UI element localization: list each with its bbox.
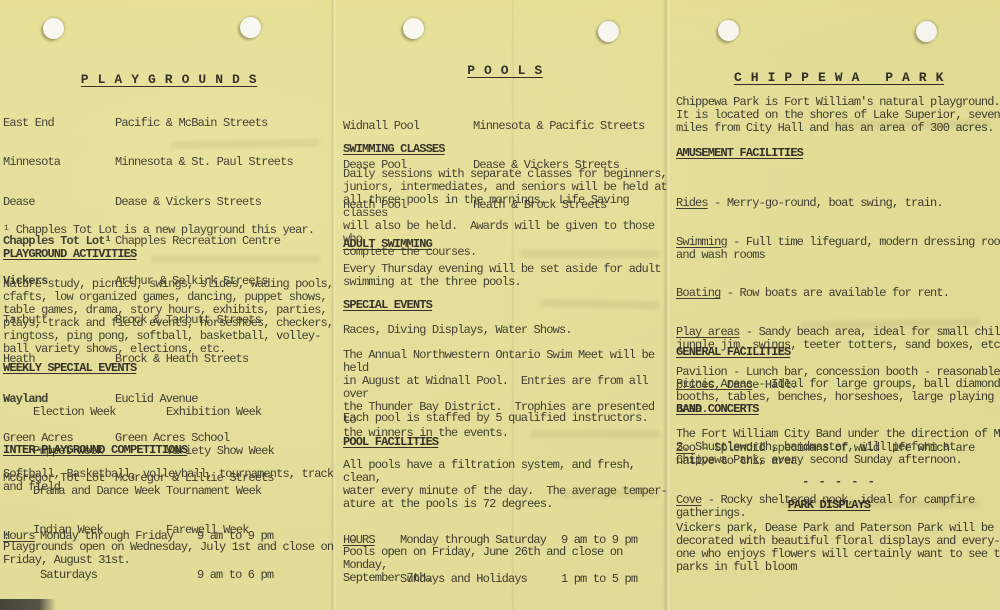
heading-pool-facilities: POOL FACILITIES <box>343 436 670 449</box>
hours-row: Saturdays 9 am to 6 pm <box>3 569 335 582</box>
pool-staff-text: Each pool is staffed by 5 qualified inst… <box>343 412 670 425</box>
facility-term: Boating <box>676 286 720 300</box>
chippewa-intro-text: Chippewa Park is Fort William's natural … <box>676 96 1000 135</box>
playground-name: East End <box>3 117 54 130</box>
list-item: DeaseDease & Vickers Streets <box>3 196 335 209</box>
list-item: Election WeekExhibition Week <box>3 406 335 419</box>
playgrounds-season-text: Playgrounds open on Wednesday, July 1st … <box>3 541 335 567</box>
facility-description: - Row boats are available for rent. <box>720 286 949 300</box>
list-item: Rides - Merry-go-round, boat swing, trai… <box>676 197 1000 210</box>
pools-season-text: Pools open on Friday, June 26th and clos… <box>343 546 670 585</box>
panel-chippewa: C H I P P E W A P A R K Chippewa Park is… <box>674 0 1000 610</box>
heading-park-displays: PARK DISPLAYS <box>674 499 984 512</box>
special-events-text: Races, Diving Displays, Water Shows. <box>343 324 670 337</box>
list-item: Swimming - Full time lifeguard, modern d… <box>676 236 1000 262</box>
list-item: MinnesotaMinnesota & St. Paul Streets <box>3 156 335 169</box>
heading-playground-activities: PLAYGROUND ACTIVITIES <box>3 248 335 261</box>
competitions-text: Softball, Basketball, volleyball, tourna… <box>3 468 335 494</box>
facility-description: - Merry-go-round, boat swing, train. <box>708 196 943 210</box>
panel-pools: P O O L S Widnall PoolMinnesota & Pacifi… <box>340 0 670 610</box>
heading-special-events: SPECIAL EVENTS <box>343 299 670 312</box>
week-name: Exhibition Week <box>166 406 261 419</box>
heading-inter-playground-competitions: INTER-PLAYGROUND COMPETITIONS <box>3 444 335 457</box>
week-name: Election Week <box>33 406 116 419</box>
playground-location: Dease & Vickers Streets <box>115 196 261 209</box>
list-item: Widnall PoolMinnesota & Pacific Streets <box>343 120 670 133</box>
panel-playgrounds: P L A Y G R O U N D S East EndPacific & … <box>3 0 335 610</box>
pool-facilities-text: All pools have a filtration system, and … <box>343 459 670 511</box>
hours-days: Saturdays <box>40 569 97 582</box>
heading-adult-swimming: ADULT SWIMMING <box>343 238 670 251</box>
park-displays-text: Vickers park, Dease Park and Paterson Pa… <box>676 522 1000 574</box>
general-facilities-text: Pavilion - Lunch bar, concession booth -… <box>676 366 1000 392</box>
playgrounds-title: P L A Y G R O U N D S <box>3 73 335 86</box>
heading-general-facilities: GENERAL FACILITIES <box>676 346 1000 359</box>
playgrounds-footnote: ¹ Chapples Tot Lot is a new playground t… <box>3 224 335 237</box>
chippewa-title: C H I P P E W A P A R K <box>674 71 1000 84</box>
heading-weekly-special-events: WEEKLY SPECIAL EVENTS <box>3 362 335 375</box>
section-separator: - - - - - <box>674 476 1000 489</box>
playground-name: Dease <box>3 196 35 209</box>
heading-amusement-facilities: AMUSEMENT FACILITIES <box>676 147 1000 160</box>
playground-location: Minnesota & St. Paul Streets <box>115 156 293 169</box>
pool-name: Widnall Pool <box>343 120 419 133</box>
playground-location: Pacific & McBain Streets <box>115 117 267 130</box>
band-concerts-text: The Fort William City Band under the dir… <box>676 428 1000 467</box>
pool-location: Minnesota & Pacific Streets <box>473 120 644 133</box>
playground-location: Chapples Recreation Centre <box>115 235 280 248</box>
playground-name: Minnesota <box>3 156 60 169</box>
heading-swimming-classes: SWIMMING CLASSES <box>343 143 670 156</box>
list-item: East EndPacific & McBain Streets <box>3 117 335 130</box>
pamphlet-page: P L A Y G R O U N D S East EndPacific & … <box>0 0 1000 610</box>
heading-band-concerts: BAND CONCERTS <box>676 403 1000 416</box>
facility-term: Rides <box>676 196 708 210</box>
swim-meet-text: The Annual Northwestern Ontario Swim Mee… <box>343 349 670 440</box>
hours-time: 9 am to 6 pm <box>197 569 273 582</box>
list-item: Boating - Row boats are available for re… <box>676 287 1000 300</box>
playground-activities-text: Nature study, picnics, swings, slides, w… <box>3 278 335 356</box>
pools-title: P O O L S <box>340 64 670 77</box>
adult-swimming-text: Every Thursday evening will be set aside… <box>343 263 670 289</box>
